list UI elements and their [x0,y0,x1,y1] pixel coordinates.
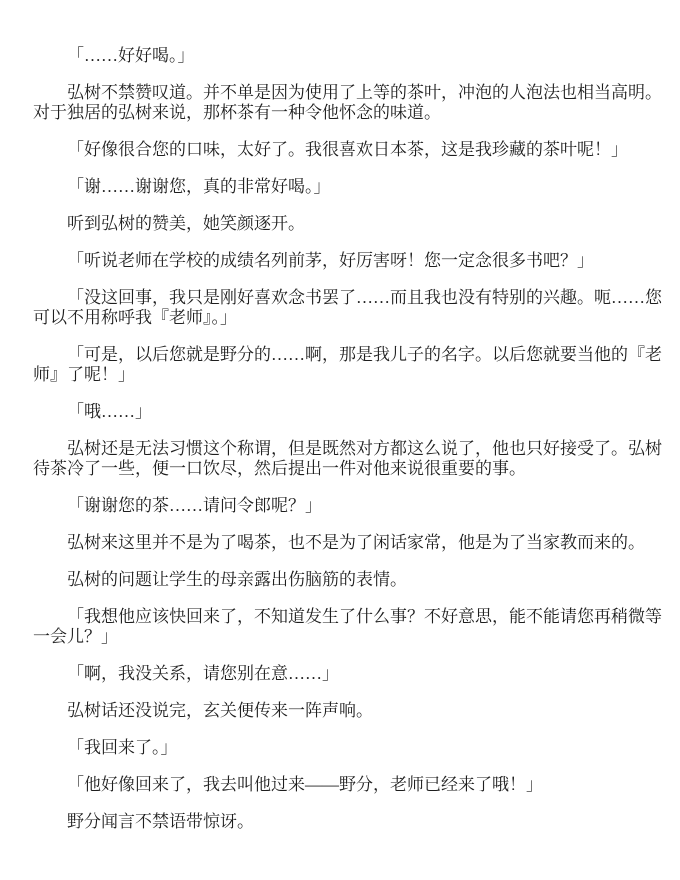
novel-page: 「……好好喝。」 弘树不禁赞叹道。并不单是因为使用了上等的茶叶，冲泡的人泡法也相… [0,0,680,880]
paragraph: 「好像很合您的口味，太好了。我很喜欢日本茶，这是我珍藏的茶叶呢！」 [33,140,678,160]
paragraph: 「可是，以后您就是野分的……啊，那是我儿子的名字。以后您就要当他的『老 师』了呢… [33,345,678,385]
paragraph: 弘树的问题让学生的母亲露出伤脑筋的表情。 [33,570,678,590]
paragraph: 弘树不禁赞叹道。并不单是因为使用了上等的茶叶，冲泡的人泡法也相当高明。 对于独居… [33,83,678,123]
paragraph: 「……好好喝。」 [33,46,678,66]
paragraph: 「听说老师在学校的成绩名列前茅，好厉害呀！您一定念很多书吧？」 [33,251,678,271]
paragraph: 「谢……谢谢您，真的非常好喝。」 [33,177,678,197]
paragraph: 弘树话还没说完，玄关便传来一阵声响。 [33,701,678,721]
paragraph: 听到弘树的赞美，她笑颜逐开。 [33,214,678,234]
paragraph: 「谢谢您的茶……请问令郎呢？」 [33,496,678,516]
paragraph: 「哦……」 [33,402,678,422]
paragraph: 弘树还是无法习惯这个称谓，但是既然对方都这么说了，他也只好接受了。弘树 待茶冷了… [33,439,678,479]
paragraph: 「没这回事，我只是刚好喜欢念书罢了……而且我也没有特别的兴趣。呃……您 可以不用… [33,288,678,328]
paragraph: 「我回来了。」 [33,738,678,758]
paragraph: 弘树来这里并不是为了喝茶，也不是为了闲话家常，他是为了当家教而来的。 [33,533,678,553]
paragraph: 「我想他应该快回来了，不知道发生了什么事？不好意思，能不能请您再稍微等 一会儿？… [33,607,678,647]
paragraph: 野分闻言不禁语带惊讶。 [33,812,678,832]
paragraph: 「啊，我没关系，请您别在意……」 [33,664,678,684]
paragraph: 「他好像回来了，我去叫他过来——野分，老师已经来了哦！」 [33,775,678,795]
